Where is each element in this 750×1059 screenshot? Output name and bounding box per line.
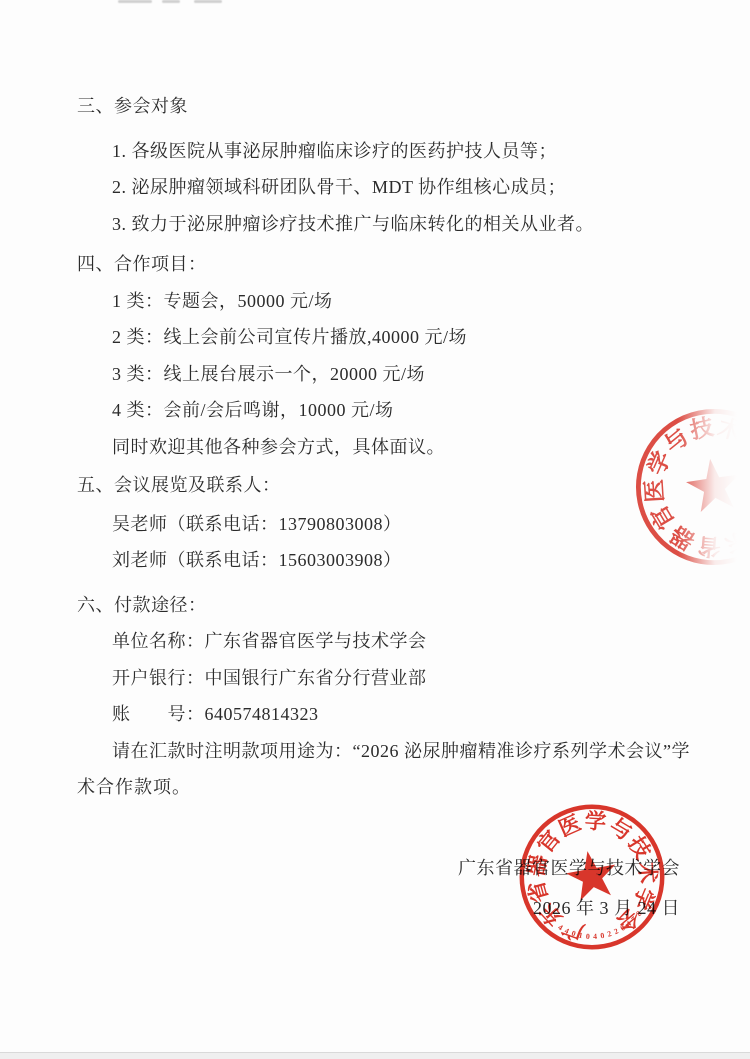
- svg-text:0: 0: [586, 932, 591, 941]
- section-heading-4: 四、合作项目：: [77, 246, 680, 283]
- section-heading-6: 六、付款途径：: [77, 587, 680, 624]
- doc-line: 2 类：线上会前公司宣传片播放,40000 元/场: [77, 319, 680, 356]
- doc-line: 吴老师（联系电话：13790803008）: [77, 506, 680, 543]
- doc-line: 4 类：会前/会后鸣谢，10000 元/场: [77, 392, 680, 429]
- section-heading-5: 五、会议展览及联系人：: [77, 467, 680, 504]
- doc-line: 1 类：专题会，50000 元/场: [77, 283, 680, 320]
- remittance-note-line1: 请在汇款时注明款项用途为：“2026 泌尿肿瘤精准诊疗系列学术会议”学: [77, 733, 680, 770]
- svg-text:学: 学: [584, 809, 607, 834]
- svg-text:术: 术: [634, 860, 661, 885]
- doc-line: 单位名称：广东省器官医学与技术学会: [77, 623, 680, 660]
- svg-text:器: 器: [524, 852, 552, 878]
- doc-line: 2. 泌尿肿瘤领域科研团队骨干、MDT 协作组核心成员；: [77, 169, 680, 206]
- svg-text:4: 4: [593, 932, 597, 941]
- seal-graphic: 广东省器官医学与技术学会4401040220478: [502, 787, 683, 968]
- doc-line: 刘老师（联系电话：15603003908）: [77, 542, 680, 579]
- doc-line: 3. 致力于泌尿肿瘤诊疗技术推广与临床转化的相关从业者。: [77, 206, 680, 243]
- svg-text:0: 0: [600, 931, 606, 941]
- top-scan-artifact: [118, 0, 152, 3]
- doc-line: 账 号：640574814323: [77, 696, 680, 733]
- seal-ink-fade: [678, 392, 750, 592]
- svg-text:医: 医: [641, 478, 668, 503]
- section-heading-3: 三、参会对象: [77, 88, 680, 125]
- doc-line: 开户银行：中国银行广东省分行营业部: [77, 660, 680, 697]
- svg-text:2: 2: [606, 929, 612, 939]
- doc-line: 同时欢迎其他各种参会方式，具体面议。: [77, 429, 680, 466]
- svg-text:2: 2: [613, 926, 620, 936]
- doc-line: 3 类：线上展台展示一个，20000 元/场: [77, 356, 680, 393]
- top-scan-artifact: [162, 0, 180, 3]
- top-scan-artifact: [194, 0, 222, 3]
- official-seal-bottom: 广东省器官医学与技术学会4401040220478: [502, 787, 683, 968]
- doc-line: 1. 各级医院从事泌尿肿瘤临床诊疗的医药护技人员等；: [77, 133, 680, 170]
- page-bottom-edge: [0, 1052, 750, 1059]
- scanned-document-page: 三、参会对象 1. 各级医院从事泌尿肿瘤临床诊疗的医药护技人员等； 2. 泌尿肿…: [0, 0, 750, 1059]
